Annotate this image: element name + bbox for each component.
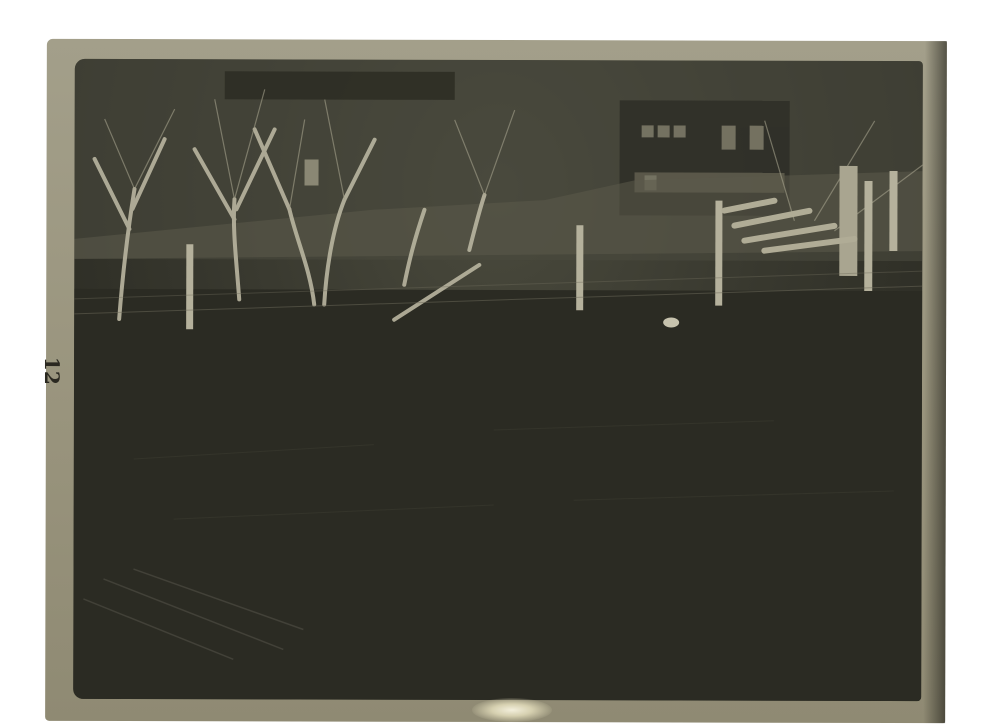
emulsion-image-area [73, 59, 923, 701]
light-flare [472, 698, 552, 722]
plate-number-label: 12 [40, 357, 64, 385]
glass-plate-negative: 12 [45, 39, 947, 723]
negative-scene [73, 59, 923, 701]
plate-edge-shadow [923, 41, 947, 723]
